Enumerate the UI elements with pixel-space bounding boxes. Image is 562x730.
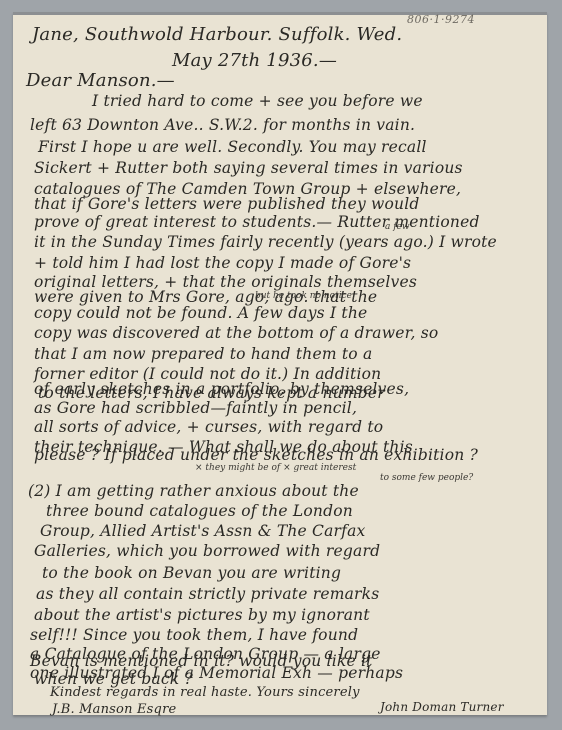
letter-line: copy was discovered at the bottom of a d…	[34, 324, 438, 342]
letter-line: left 63 Downton Ave.. S.W.2. for months …	[30, 116, 415, 134]
letter-line: First I hope u are well. Secondly. You m…	[38, 138, 427, 156]
salutation: Dear Manson.—	[26, 70, 175, 91]
reference-number: 806·1·9274	[407, 13, 475, 26]
insertion-exhibition-note-2: to some few people?	[380, 473, 473, 483]
letter-line: (2) I am getting rather anxious about th…	[28, 482, 359, 500]
letter-line: please ? If placed under the sketches in…	[34, 446, 478, 464]
letter-line: to the book on Bevan you are writing	[42, 564, 341, 582]
letter-line: + told him I had lost the copy I made of…	[34, 254, 411, 272]
reference-suffix: 4	[467, 13, 475, 26]
letter-line: all sorts of advice, + curses, with rega…	[34, 418, 383, 436]
letter-line: copy could not be found. A few days I th…	[34, 304, 367, 322]
signature: John Doman Turner	[380, 700, 504, 714]
letter-date: May 27th 1936.—	[172, 50, 337, 71]
letter-line: about the artist's pictures by my ignora…	[34, 606, 370, 624]
letter-line: Galleries, which you borrowed with regar…	[34, 542, 380, 560]
reference-number-text: 806·1·927	[407, 13, 467, 26]
letter-address: Jane, Southwold Harbour. Suffolk. Wed.	[32, 24, 402, 45]
letter-line: as they all contain strictly private rem…	[36, 585, 379, 603]
letter-line: of early sketches in a portfolio, by the…	[34, 380, 409, 398]
letter-line: Sickert + Rutter both saying several tim…	[34, 159, 463, 177]
letter-line: it in the Sunday Times fairly recently (…	[34, 233, 497, 251]
letter-line: Bevan is mentioned in it? would you like…	[30, 652, 373, 670]
letter-line: as Gore had scribbled—faintly in pencil,	[34, 399, 357, 417]
closing: Kindest regards in real haste. Yours sin…	[50, 685, 360, 700]
letter-line: I tried hard to come + see you before we	[92, 92, 423, 110]
letter-line: three bound catalogues of the London	[46, 502, 353, 520]
addressee: J.B. Manson Esqre	[52, 702, 176, 717]
letter-line: that if Gore's letters were published th…	[34, 195, 420, 213]
letter-line: Group, Allied Artist's Assn & The Carfax	[40, 522, 365, 540]
insertion-notice: but he took no notice.	[255, 291, 355, 301]
insertion-exhibition-note: × they might be of × great interest	[195, 463, 356, 473]
letter-line: self!!! Since you took them, I have foun…	[30, 626, 358, 644]
letter-line: that I am now prepared to hand them to a	[34, 345, 372, 363]
insertion-a-few: a few	[385, 222, 410, 232]
letter-line: prove of great interest to students.— Ru…	[34, 213, 480, 231]
